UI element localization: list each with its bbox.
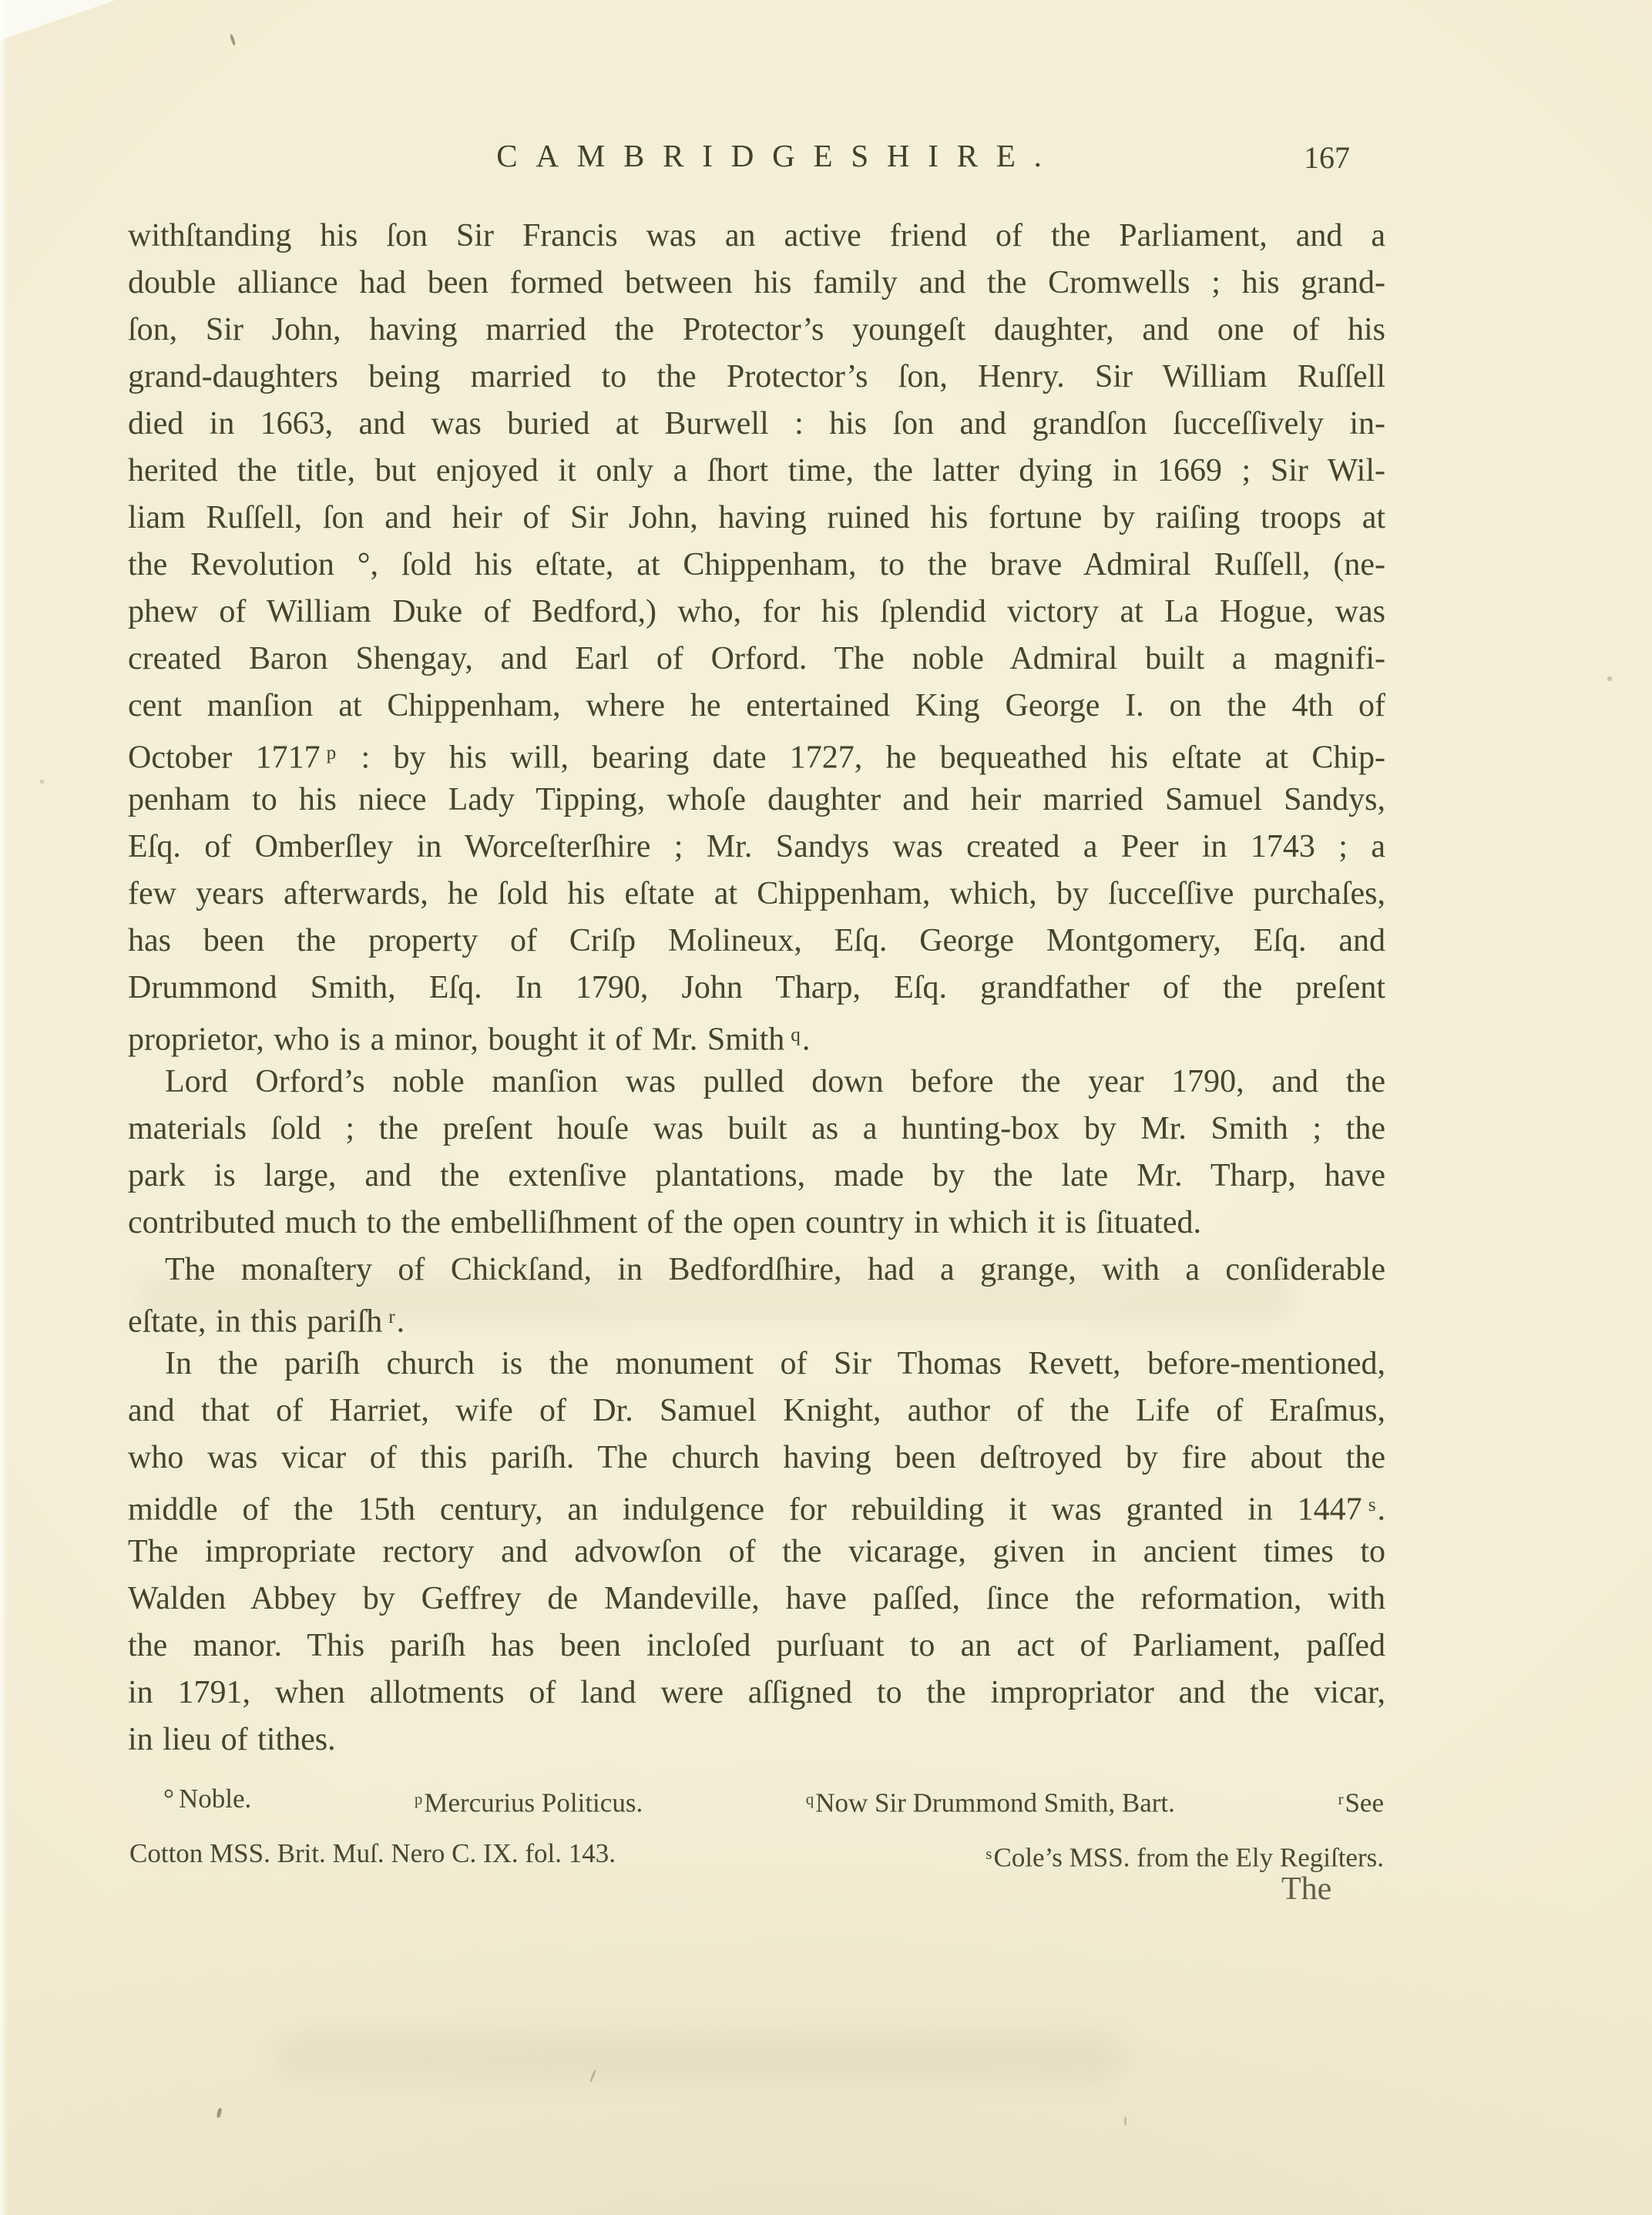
line-text: . [802,1022,811,1057]
text-line: park is large, and the extenſive plantat… [128,1153,1385,1200]
text-line: double alliance had been formed between … [128,260,1385,307]
line-text: : by his will, bearing date 1727, he beq… [337,740,1385,775]
line-text: phew of William Duke of Bedford,) who, f… [128,594,1385,629]
text-line: Lord Orford’s noble manſion was pulled d… [128,1059,1385,1106]
paragraph: In the pariſh church is the monument of … [128,1341,1385,1764]
text-line: liam Ruſſell, ſon and heir of Sir John, … [128,495,1385,542]
line-text: Eſq. of Omberſley in Worceſterſhire ; Mr… [128,829,1385,864]
text-line: herited the title, but enjoyed it only a… [128,448,1385,495]
text-line: eſtate, in this pariſhr. [128,1294,1385,1341]
line-text: grand-daughters being married to the Pro… [128,359,1385,394]
text-line: The monaſtery of Chickſand, in Bedfordſh… [128,1247,1385,1294]
footnote-marker: s [985,1844,992,1863]
text-line: in lieu of tithes. [128,1717,1385,1764]
text-line: created Baron Shengay, and Earl of Orfor… [128,636,1385,683]
line-text: materials ſold ; the preſent houſe was b… [128,1111,1385,1146]
text-line: Eſq. of Omberſley in Worceſterſhire ; Mr… [128,824,1385,871]
text-line: ſon, Sir John, having married the Protec… [128,307,1385,354]
line-text: ſon, Sir John, having married the Protec… [128,312,1385,347]
line-text: contributed much to the embelliſhment of… [128,1205,1201,1240]
catchword: The [1281,1871,1331,1908]
text-line: middle of the 15th century, an indulgenc… [128,1482,1385,1529]
line-text: park is large, and the extenſive plantat… [128,1158,1385,1193]
text-line: In the pariſh church is the monument of … [128,1341,1385,1388]
footnotes: °Noble. pMercurius Politicus. qNow Sir D… [129,1781,1384,1876]
scan-speck [40,780,44,784]
footnote-row: °Noble. pMercurius Politicus. qNow Sir D… [129,1781,1384,1821]
book-page-scan: CAMBRIDGESHIRE. 167 withſtanding his ſon… [0,0,1652,2215]
scan-speck [1124,2116,1127,2126]
scan-speck [1607,676,1612,681]
line-text: In the pariſh church is the monument of … [165,1346,1385,1381]
line-text: liam Ruſſell, ſon and heir of Sir John, … [128,500,1385,535]
text-line: cent manſion at Chippenham, where he ent… [128,683,1385,730]
text-line: contributed much to the embelliſhment of… [128,1200,1385,1247]
text-line: has been the property of Criſp Molineux,… [128,918,1385,965]
line-text: . [1378,1492,1386,1527]
footnote-text: Noble. [179,1784,251,1814]
scan-speck [217,2108,223,2119]
text-line: The impropriate rectory and advowſon of … [128,1529,1385,1576]
line-text: has been the property of Criſp Molineux,… [128,923,1385,958]
footnote-text: Cotton MSS. Brit. Muſ. Nero C. IX. fol. … [129,1838,616,1868]
line-text: October 1717 [128,740,321,775]
page-number: 167 [1304,139,1350,176]
footnote-marker: p [415,1790,423,1808]
line-text: Lord Orford’s noble manſion was pulled d… [165,1064,1385,1099]
line-text: the Revolution °, ſold his eſtate, at Ch… [128,547,1385,582]
footnote-marker: q [791,1025,801,1045]
scan-corner-artifact [0,0,116,40]
footnote-text: Now Sir Drummond Smith, Bart. [815,1787,1175,1817]
footnote-entry: pMercurius Politicus. [408,1781,643,1821]
footnote-marker: ° [163,1784,174,1814]
footnote-row: Cotton MSS. Brit. Muſ. Nero C. IX. fol. … [129,1836,1384,1875]
running-header: CAMBRIDGESHIRE. [0,137,1652,174]
footnote-text: Cole’s MSS. from the Ely Regiſters. [993,1843,1384,1873]
text-line: Drummond Smith, Eſq. In 1790, John Tharp… [128,965,1385,1012]
line-text: the manor. This pariſh has been incloſed… [128,1628,1385,1663]
footnote-entry: °Noble. [163,1781,251,1821]
line-text: double alliance had been formed between … [128,265,1385,300]
text-line: few years afterwards, he ſold his eſtate… [128,871,1385,918]
ink-bleedthrough [277,2034,1125,2080]
footnote-marker: p [327,743,337,764]
text-line: died in 1663, and was buried at Burwell … [128,401,1385,448]
footnote-marker: q [806,1790,814,1808]
line-text: and that of Harriet, wife of Dr. Samuel … [128,1393,1385,1428]
paragraph: Lord Orford’s noble manſion was pulled d… [128,1059,1385,1247]
text-line: proprietor, who is a minor, bought it of… [128,1012,1385,1059]
scan-speck [230,34,236,46]
footnote-text: Mercurius Politicus. [424,1787,643,1817]
line-text: in 1791, when allotments of land were aſ… [128,1675,1385,1710]
footnote-entry: rSee [1331,1781,1384,1821]
line-text: in lieu of tithes. [128,1722,336,1757]
text-line: the manor. This pariſh has been incloſed… [128,1623,1385,1670]
text-line: materials ſold ; the preſent houſe was b… [128,1106,1385,1153]
text-line: in 1791, when allotments of land were aſ… [128,1670,1385,1717]
text-line: who was vicar of this pariſh. The church… [128,1435,1385,1482]
line-text: The monaſtery of Chickſand, in Bedfordſh… [165,1252,1385,1287]
line-text: herited the title, but enjoyed it only a… [128,453,1385,488]
line-text: proprietor, who is a minor, bought it of… [128,1022,784,1057]
line-text: cent manſion at Chippenham, where he ent… [128,688,1385,723]
text-line: the Revolution °, ſold his eſtate, at Ch… [128,542,1385,589]
text-line: grand-daughters being married to the Pro… [128,354,1385,401]
footnote-marker: s [1368,1495,1376,1515]
page-title: CAMBRIDGESHIRE. [496,137,1059,174]
line-text: withſtanding his ſon Sir Francis was an … [128,218,1385,253]
text-line: penham to his niece Lady Tipping, whoſe … [128,777,1385,824]
text-line: Walden Abbey by Geffrey de Mandeville, h… [128,1576,1385,1623]
footnote-entry: Cotton MSS. Brit. Muſ. Nero C. IX. fol. … [129,1836,616,1875]
text-line: and that of Harriet, wife of Dr. Samuel … [128,1388,1385,1435]
footnote-marker: r [388,1307,395,1327]
line-text: The impropriate rectory and advowſon of … [128,1534,1385,1569]
line-text: Drummond Smith, Eſq. In 1790, John Tharp… [128,970,1385,1005]
line-text: eſtate, in this pariſh [128,1304,382,1339]
text-line: October 1717p : by his will, bearing dat… [128,730,1385,777]
line-text: who was vicar of this pariſh. The church… [128,1440,1385,1475]
line-text: Walden Abbey by Geffrey de Mandeville, h… [128,1581,1385,1616]
line-text: died in 1663, and was buried at Burwell … [128,406,1385,441]
footnote-text: See [1345,1787,1384,1817]
paragraph: The monaſtery of Chickſand, in Bedfordſh… [128,1247,1385,1341]
scan-edge-artifact [0,0,8,2215]
line-text: . [397,1304,405,1339]
footnote-entry: qNow Sir Drummond Smith, Bart. [800,1781,1175,1821]
text-line: withſtanding his ſon Sir Francis was an … [128,213,1385,260]
footnote-marker: r [1338,1790,1343,1808]
paragraph: withſtanding his ſon Sir Francis was an … [128,213,1385,1059]
line-text: created Baron Shengay, and Earl of Orfor… [128,641,1385,676]
line-text: few years afterwards, he ſold his eſtate… [128,876,1385,911]
text-line: phew of William Duke of Bedford,) who, f… [128,589,1385,636]
line-text: middle of the 15th century, an indulgenc… [128,1492,1362,1527]
line-text: penham to his niece Lady Tipping, whoſe … [128,782,1385,817]
body-text: withſtanding his ſon Sir Francis was an … [128,213,1385,1764]
